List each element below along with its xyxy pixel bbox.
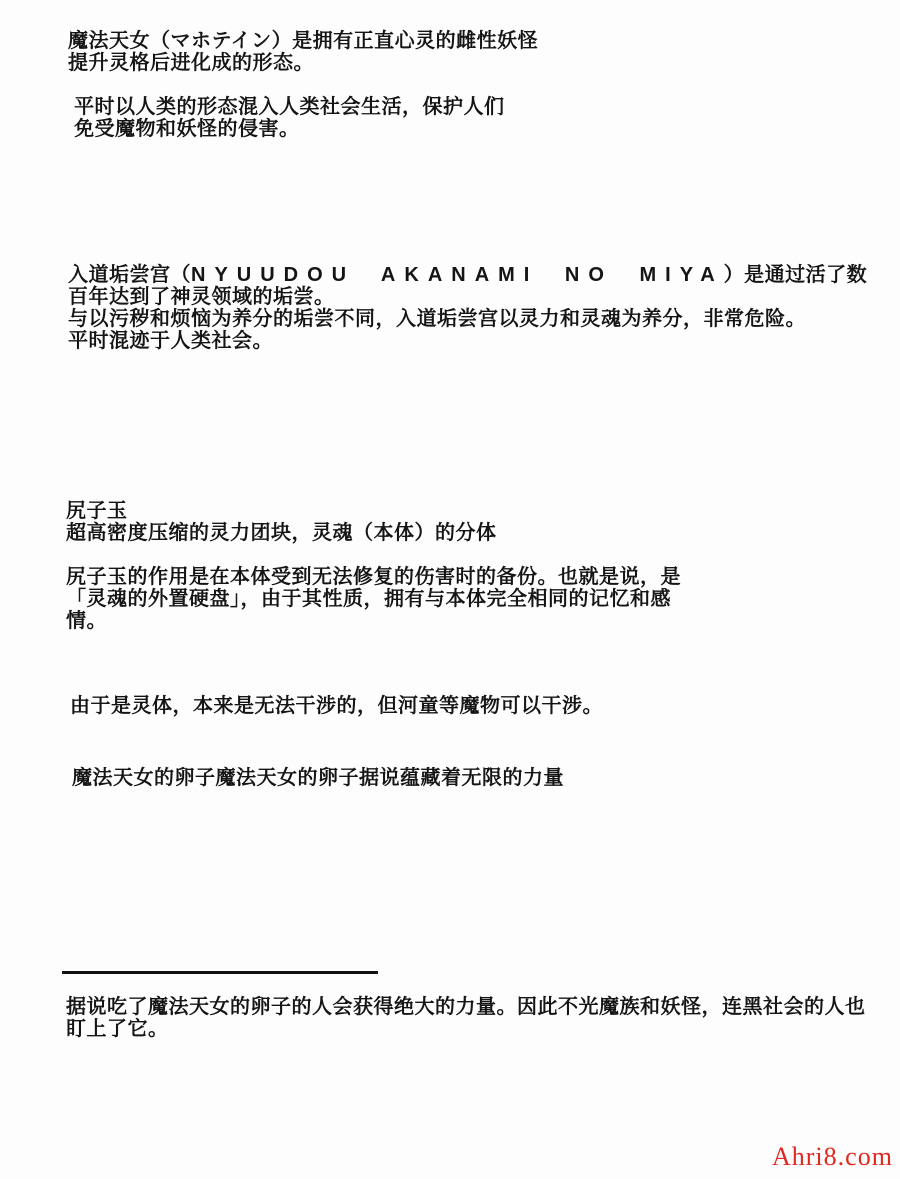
nyuudou-prefix-text: 入道垢尝宫（: [68, 264, 191, 286]
nyuudou-romaji-text: NYUUDOU AKANAMI NO MIYA: [191, 264, 724, 286]
paragraph-eggs-footnote: 据说吃了魔法天女的卵子的人会获得绝大的力量。因此不光魔族和妖怪，连黑社会的人也 …: [66, 996, 866, 1040]
paragraph-spirit-body-note: 由于是灵体，本来是无法干涉的，但河童等魔物可以干涉。: [70, 695, 603, 717]
paragraph-eggs-line: 魔法天女的卵子魔法天女的卵子据说蕴藏着无限的力量: [72, 767, 564, 789]
horizontal-divider-line: [62, 971, 378, 974]
site-watermark: Ahri8.com: [772, 1142, 893, 1172]
paragraph-mahou-tennyo-intro: 魔法天女（マホテイン）是拥有正直心灵的雌性妖怪 提升灵格后进化成的形态。 平时以…: [68, 30, 538, 140]
paragraph-nyuudou-akaname: 入道垢尝宫（NYUUDOU AKANAMI NO MIYA）是通过活了数 百年达…: [68, 264, 867, 352]
document-page: 魔法天女（マホテイン）是拥有正直心灵的雌性妖怪 提升灵格后进化成的形态。 平时以…: [0, 0, 900, 1179]
paragraph-shirikodama: 尻子玉 超高密度压缩的灵力团块，灵魂（本体）的分体 尻子玉的作用是在本体受到无法…: [66, 500, 681, 632]
